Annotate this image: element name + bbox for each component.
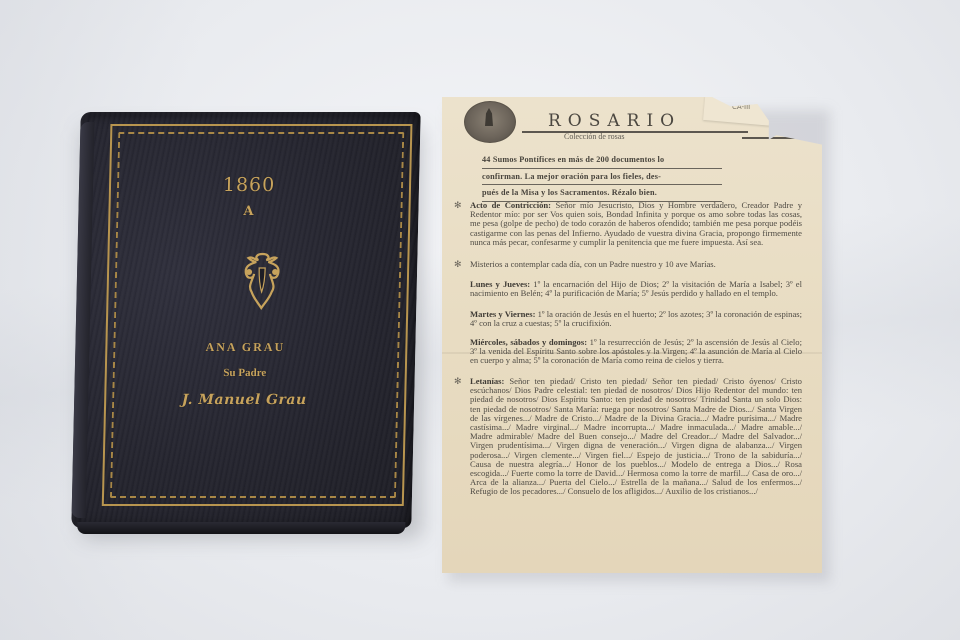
letanias: ✻ Letanías: Señor ten piedad/ Cristo ten… xyxy=(456,377,802,497)
section-text: Misterios a contemplar cada día, con un … xyxy=(456,260,802,269)
cover-dedication-a: A xyxy=(78,204,418,219)
title-rule xyxy=(522,131,748,133)
cover-giver-name: J. Manuel Grau xyxy=(74,392,414,408)
leaflet-subtitle: Colección de rosas xyxy=(564,132,624,141)
church-medallion-icon xyxy=(464,101,516,143)
miercoles-sabados-domingos-mysteries: Miércoles, sábados y domingos: 1º la res… xyxy=(456,338,802,366)
asterisk-bullet-icon: ✻ xyxy=(454,201,462,210)
cover-recipient-name: ANA GRAU xyxy=(75,340,415,355)
lunes-jueves-mysteries: Lunes y Jueves: 1º la encarnación del Hi… xyxy=(456,280,802,298)
cover-year: 1860 xyxy=(79,174,419,196)
leather-book: 1860 A ANA GRAU Su Padre J. Manuel Grau xyxy=(71,112,420,528)
leaflet-title: ROSARIO xyxy=(548,111,681,131)
intro-line: 44 Sumos Pontífices en más de 200 docume… xyxy=(482,152,722,169)
book-bottom-edge xyxy=(77,522,405,534)
martes-viernes-mysteries: Martes y Viernes: 1º la oración de Jesús… xyxy=(456,310,802,328)
rosary-leaflet: CA-III ROSARIO Colección de rosas 44 Sum… xyxy=(442,97,822,573)
cover-relation: Su Padre xyxy=(75,367,415,379)
ornamental-crest-icon xyxy=(239,252,284,310)
acto-de-contriccion: ✻ Acto de Contricción: Señor mío Jesucri… xyxy=(456,201,802,247)
section-text: Señor ten piedad/ Cristo ten piedad/ Señ… xyxy=(470,376,802,496)
intro-text: 44 Sumos Pontífices en más de 200 docume… xyxy=(482,152,722,202)
asterisk-bullet-icon: ✻ xyxy=(454,260,462,269)
misterios-note: ✻ Misterios a contemplar cada día, con u… xyxy=(456,260,802,269)
asterisk-bullet-icon: ✻ xyxy=(454,377,462,386)
intro-line: confirman. La mejor oración para los fie… xyxy=(482,169,722,186)
